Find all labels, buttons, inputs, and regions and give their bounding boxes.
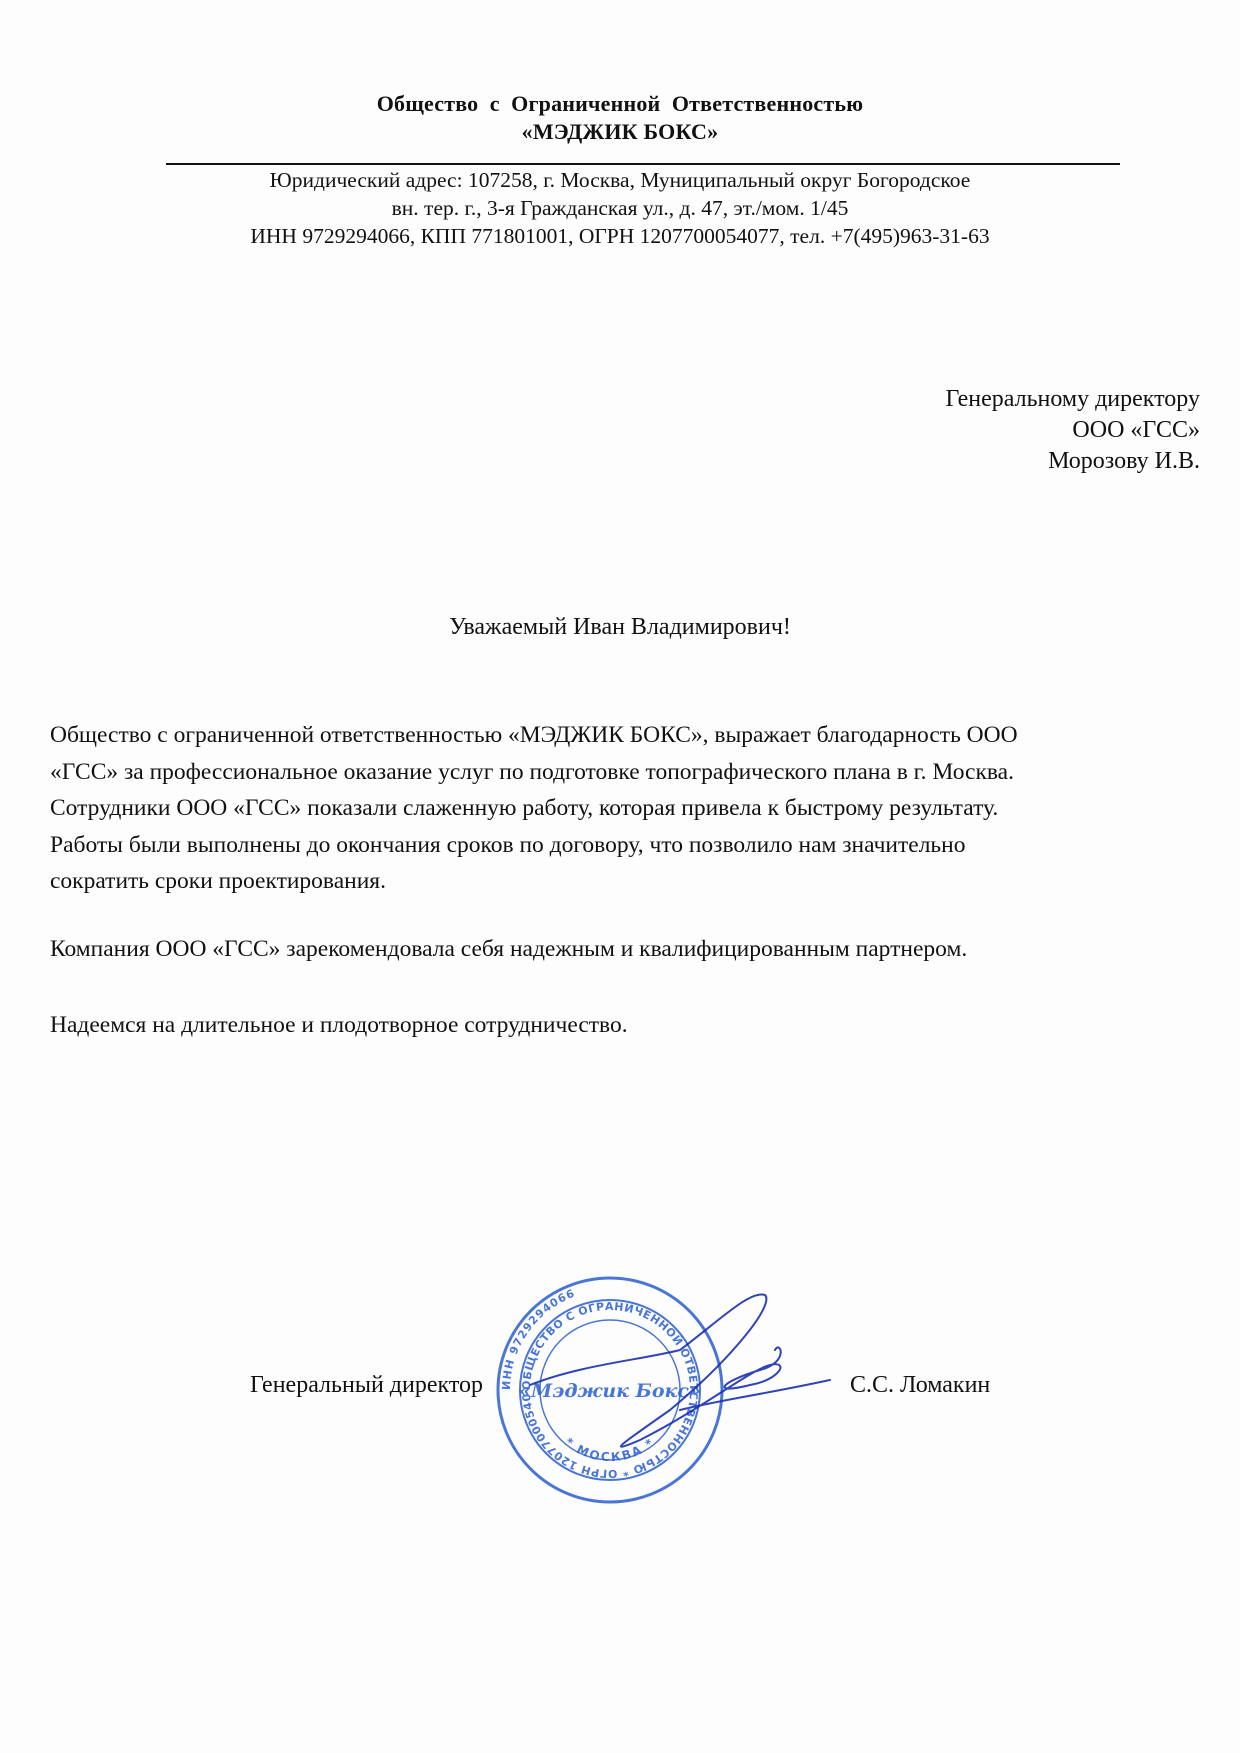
letterhead-title: Общество с Ограниченной Ответственностью… <box>0 90 1240 146</box>
body-line: Общество с ограниченной ответственностью… <box>50 717 1210 754</box>
signatory-title: Генеральный директор <box>250 1370 483 1400</box>
body-line: Надеемся на длительное и плодотворное со… <box>50 1007 1210 1044</box>
signatory-name: С.С. Ломакин <box>850 1370 990 1400</box>
address-line-2: вн. тер. г., 3-я Гражданская ул., д. 47,… <box>0 194 1240 222</box>
body-line: Сотрудники ООО «ГСС» показали слаженную … <box>50 790 1210 827</box>
body-paragraph-2: Компания ООО «ГСС» зарекомендовала себя … <box>50 931 1210 968</box>
recipient-block: Генеральному директору ООО «ГСС» Морозов… <box>946 384 1200 477</box>
body-line: сократить сроки проектирования. <box>50 863 1210 900</box>
org-type: Общество с Ограниченной Ответственностью <box>0 90 1240 118</box>
recipient-company: ООО «ГСС» <box>946 415 1200 446</box>
salutation: Уважаемый Иван Владимирович! <box>0 612 1240 642</box>
handwritten-signature-icon <box>520 1270 840 1480</box>
body-paragraph-3: Надеемся на длительное и плодотворное со… <box>50 1007 1210 1044</box>
recipient-position: Генеральному директору <box>946 384 1200 415</box>
letterhead-divider <box>166 163 1120 165</box>
body-line: Компания ООО «ГСС» зарекомендовала себя … <box>50 931 1210 968</box>
body-line: Работы были выполнены до окончания сроко… <box>50 827 1210 864</box>
recipient-name: Морозову И.В. <box>946 446 1200 477</box>
org-name: «МЭДЖИК БОКС» <box>0 118 1240 146</box>
body-line: «ГСС» за профессиональное оказание услуг… <box>50 754 1210 791</box>
requisites-line: ИНН 9729294066, КПП 771801001, ОГРН 1207… <box>0 222 1240 250</box>
address-line-1: Юридический адрес: 107258, г. Москва, Му… <box>0 166 1240 194</box>
body-paragraph-1: Общество с ограниченной ответственностью… <box>50 717 1210 900</box>
letterhead-address: Юридический адрес: 107258, г. Москва, Му… <box>0 166 1240 250</box>
